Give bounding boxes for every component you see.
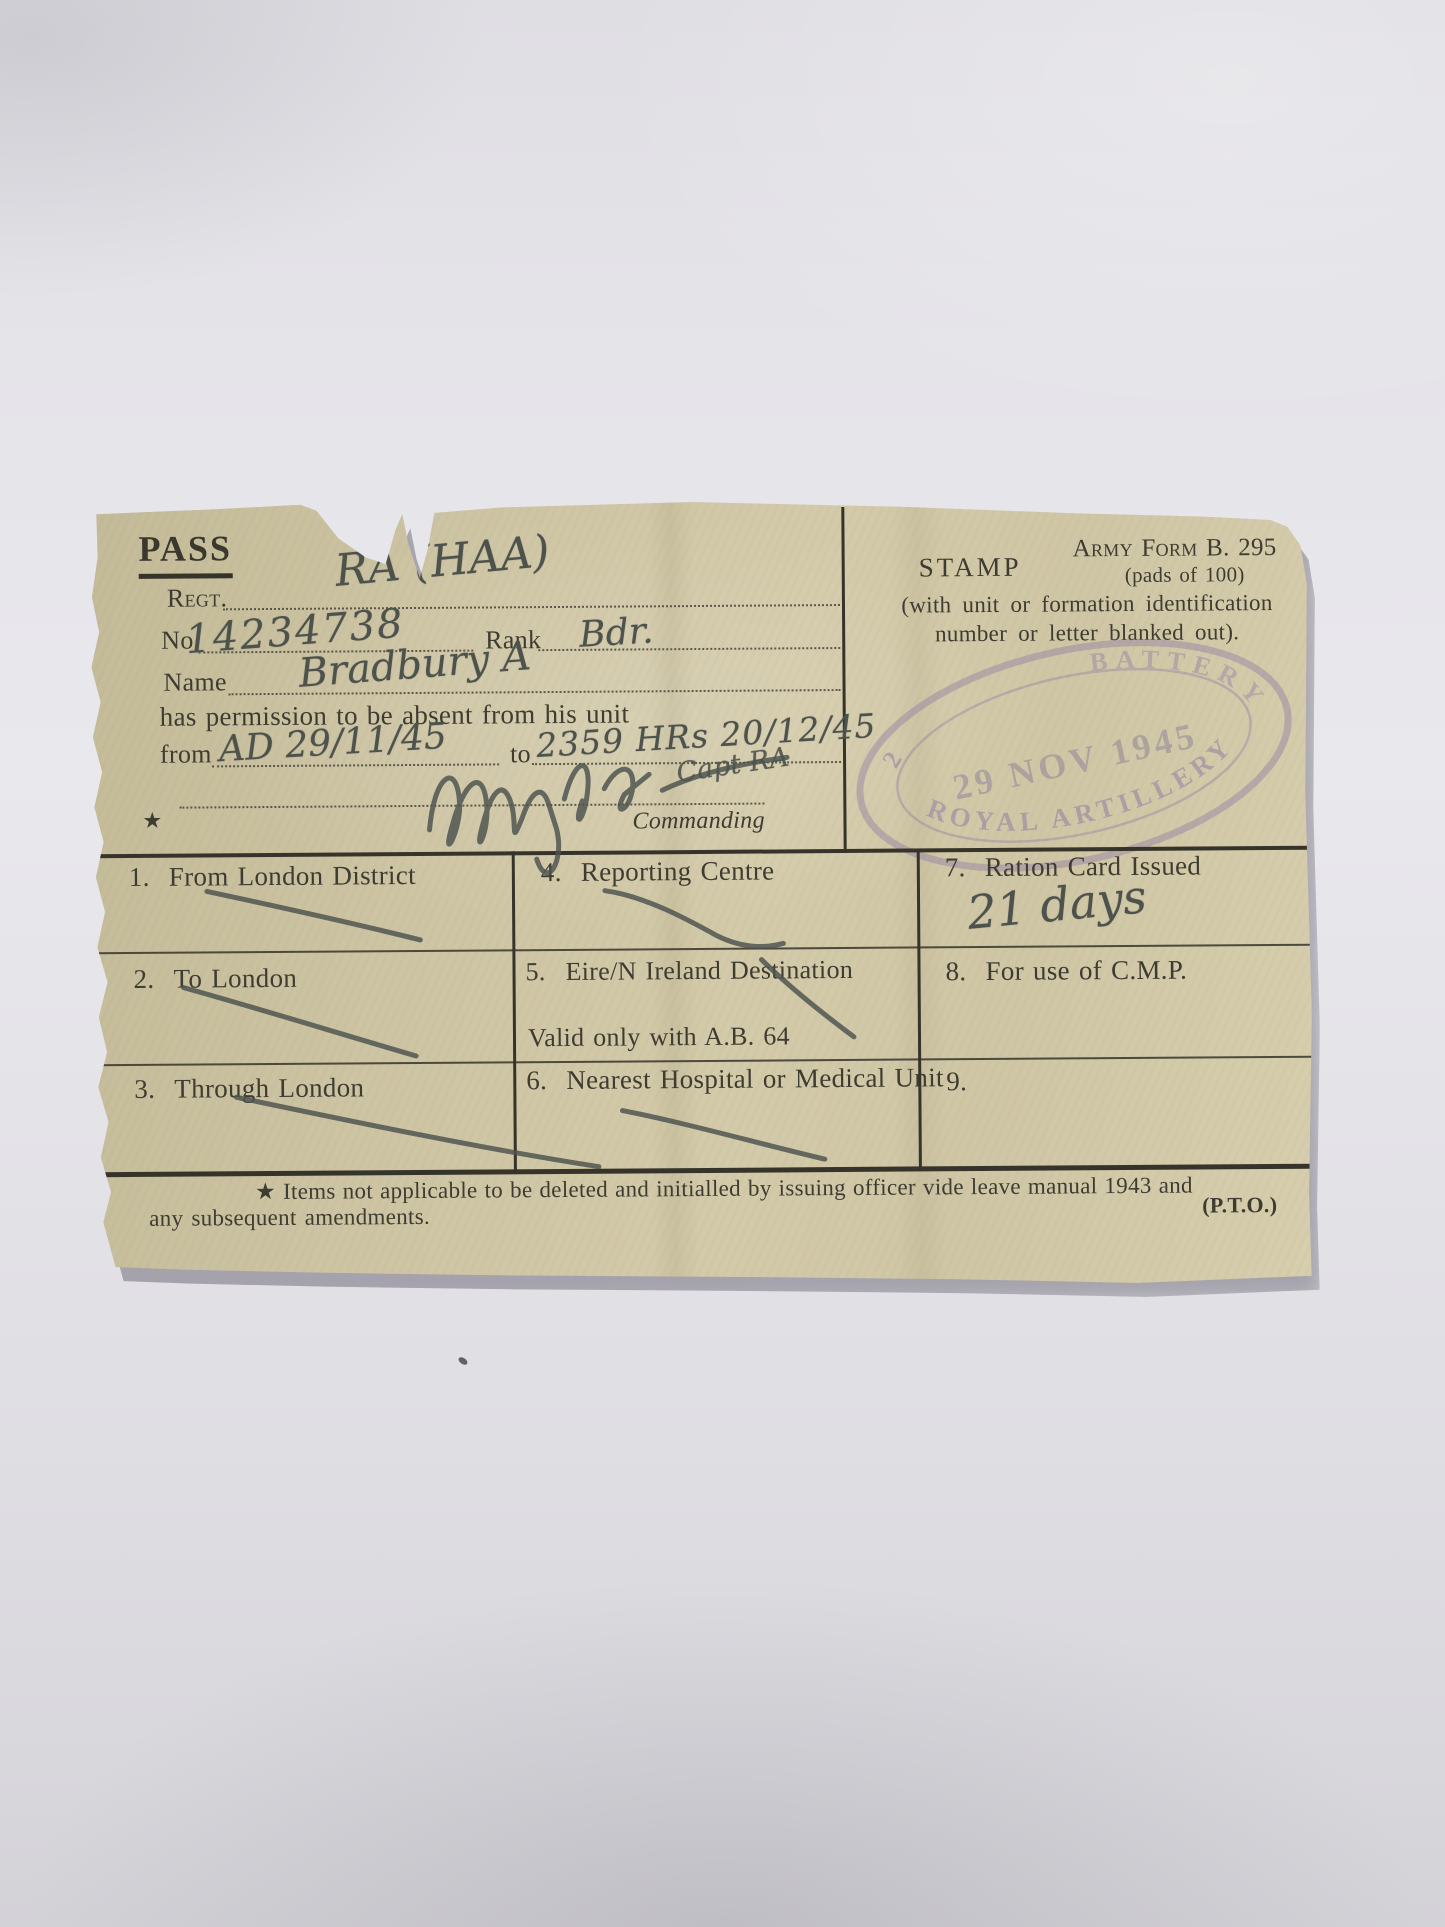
from-label: from xyxy=(160,739,212,769)
cell-number: 8. xyxy=(945,956,966,988)
footnote-line2: any subsequent amendments. xyxy=(149,1204,430,1232)
background-speck xyxy=(457,1356,469,1367)
table-row-divider-1 xyxy=(85,944,1313,955)
cell-label: For use of C.M.P. xyxy=(985,955,1187,986)
table-cell-nine: 9. xyxy=(946,1064,1336,1067)
cell-number: 2. xyxy=(133,964,154,996)
to-label: to xyxy=(510,739,531,769)
fold-crease xyxy=(647,498,699,1293)
name-label: Name xyxy=(163,667,226,697)
cell-number: 3. xyxy=(134,1074,155,1106)
pto-label: (P.T.O.) xyxy=(1202,1192,1277,1219)
table-cell-cmp: 8. For use of C.M.P. xyxy=(945,954,1335,989)
table-col-divider-1 xyxy=(512,851,517,1173)
strike-cell-3 xyxy=(236,1095,598,1170)
strike-cell-6 xyxy=(622,1109,824,1160)
table-col-divider-2 xyxy=(917,848,922,1170)
strike-cell-2 xyxy=(184,986,416,1058)
cell-number: 1. xyxy=(129,862,150,894)
table-cell-through-london: 3. Through London xyxy=(134,1071,514,1106)
cell-number: 5. xyxy=(525,957,545,988)
deletion-star: ★ xyxy=(142,808,162,834)
rank-handwritten-value: Bdr. xyxy=(578,610,655,655)
cell-label: Eire/N Ireland Destination xyxy=(565,955,853,986)
signature-scrawl xyxy=(564,766,588,820)
table-cell-to-london: 2. To London xyxy=(133,961,513,996)
cell-label: To London xyxy=(173,963,297,994)
cell-number: 9. xyxy=(946,1066,967,1098)
table-cell-reporting-centre: 4. Reporting Centre xyxy=(541,854,941,889)
cell-label: Nearest Hospital or Medical Unit xyxy=(566,1062,944,1095)
form-reference-sub: (pads of 100) xyxy=(1125,562,1245,588)
title-underline xyxy=(139,573,233,579)
commanding-label: Commanding xyxy=(632,808,765,836)
regt-handwritten-value: RA (HAA) xyxy=(333,526,552,597)
footnote-line1: ★ Items not applicable to be deleted and… xyxy=(255,1173,1193,1206)
form-reference: Army Form B. 295 xyxy=(1072,534,1276,563)
cell-number: 6. xyxy=(526,1065,547,1097)
valid-only-note: Valid only with A.B. 64 xyxy=(528,1021,790,1053)
cell-number: 4. xyxy=(541,857,562,889)
stamp-instructions-line1: (with unit or formation identification xyxy=(847,588,1327,621)
table-cell-nearest-hospital: 6. Nearest Hospital or Medical Unit xyxy=(526,1062,971,1097)
strike-cell-1 xyxy=(207,890,420,941)
strike-cell-4 xyxy=(605,889,783,947)
cell-label: Through London xyxy=(174,1072,364,1103)
stamp-section-label: STAMP xyxy=(919,552,1022,584)
table-cell-from-london: 1. From London District xyxy=(129,859,529,894)
table-cell-eire-destination: 5. Eire/N Ireland Destination xyxy=(525,954,965,988)
cell-label: Reporting Centre xyxy=(581,855,775,886)
photo-of-army-pass: { "header": { "title": "PASS", "form_ref… xyxy=(0,0,1445,1927)
pass-form-paper: PASS Army Form B. 295 (pads of 100) STAM… xyxy=(82,494,1318,1298)
cell-label: From London District xyxy=(169,860,416,892)
cell-number: 7. xyxy=(945,852,966,884)
form-title: PASS xyxy=(138,527,232,570)
regt-label: Regt. xyxy=(167,583,228,613)
